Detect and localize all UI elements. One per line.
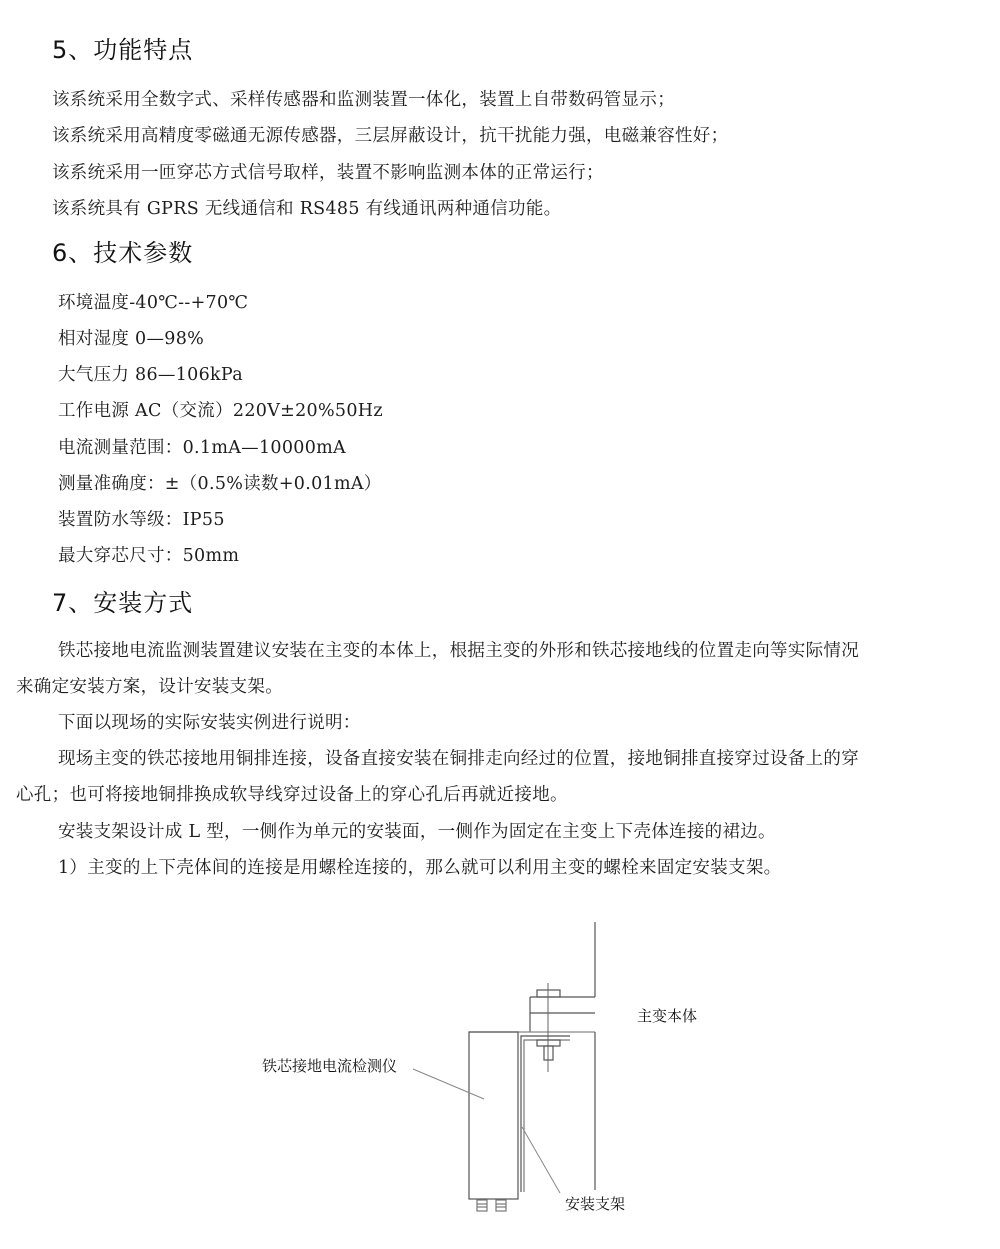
paragraph-line: 下面以现场的实际安装实例进行说明： (58, 709, 361, 734)
bolt-shank (544, 1046, 553, 1060)
feature-line: 该系统具有 GPRS 无线通信和 RS485 有线通讯两种通信功能。 (52, 195, 561, 220)
heading-features: 5、功能特点 (52, 30, 193, 65)
detector-leader-line (413, 1069, 484, 1099)
spec-item: 工作电源 AC（交流）220V±20%50Hz (58, 397, 383, 422)
feature-line: 该系统采用高精度零磁通无源传感器，三层屏蔽设计，抗干扰能力强，电磁兼容性好； (52, 122, 728, 147)
installation-diagram-drawing (0, 0, 1000, 1249)
bolt-nut (537, 1040, 560, 1046)
feature-line: 该系统采用一匝穿芯方式信号取样，装置不影响监测本体的正常运行； (52, 159, 604, 184)
heading-specs: 6、技术参数 (52, 233, 193, 268)
installation-diagram: 主变本体 铁芯接地电流检测仪 安装支架 (0, 0, 1000, 1249)
paragraph-line: 1）主变的上下壳体间的连接是用螺栓连接的，那么就可以利用主变的螺栓来固定安装支架… (58, 854, 781, 879)
paragraph-line: 来确定安装方案，设计安装支架。 (16, 673, 283, 698)
feature-line: 该系统采用全数字式、采样传感器和监测装置一体化，装置上自带数码管显示； (52, 86, 675, 111)
bracket-horizontal (521, 1036, 570, 1192)
label-bracket: 安装支架 (565, 1193, 625, 1214)
spec-item: 装置防水等级：IP55 (58, 506, 225, 531)
spec-item: 环境温度-40℃--+70℃ (58, 289, 248, 314)
spec-item: 相对湿度 0—98% (58, 325, 204, 350)
paragraph-line: 心孔；也可将接地铜排换成软导线穿过设备上的穿心孔后再就近接地。 (16, 781, 568, 806)
detector-connectors (477, 1200, 506, 1211)
spec-item: 测量准确度：±（0.5%读数+0.01mA） (58, 470, 382, 495)
paragraph-line: 现场主变的铁芯接地用铜排连接，设备直接安装在铜排走向经过的位置，接地铜排直接穿过… (58, 745, 859, 770)
bracket-leader-line (522, 1127, 560, 1193)
spec-item: 大气压力 86—106kPa (58, 361, 243, 386)
bolt-head (537, 990, 560, 997)
paragraph-line: 安装支架设计成 L 型，一侧作为单元的安装面，一侧作为固定在主变上下壳体连接的裙… (58, 818, 776, 843)
label-transformer-body: 主变本体 (637, 1005, 697, 1026)
spec-item: 电流测量范围：0.1mA—10000mA (58, 434, 346, 459)
heading-installation: 7、安装方式 (52, 583, 193, 618)
detector-box (469, 1032, 518, 1199)
label-detector: 铁芯接地电流检测仪 (262, 1055, 397, 1076)
paragraph-line: 铁芯接地电流监测装置建议安装在主变的本体上，根据主变的外形和铁芯接地线的位置走向… (58, 637, 859, 662)
spec-item: 最大穿芯尺寸：50mm (58, 542, 239, 567)
